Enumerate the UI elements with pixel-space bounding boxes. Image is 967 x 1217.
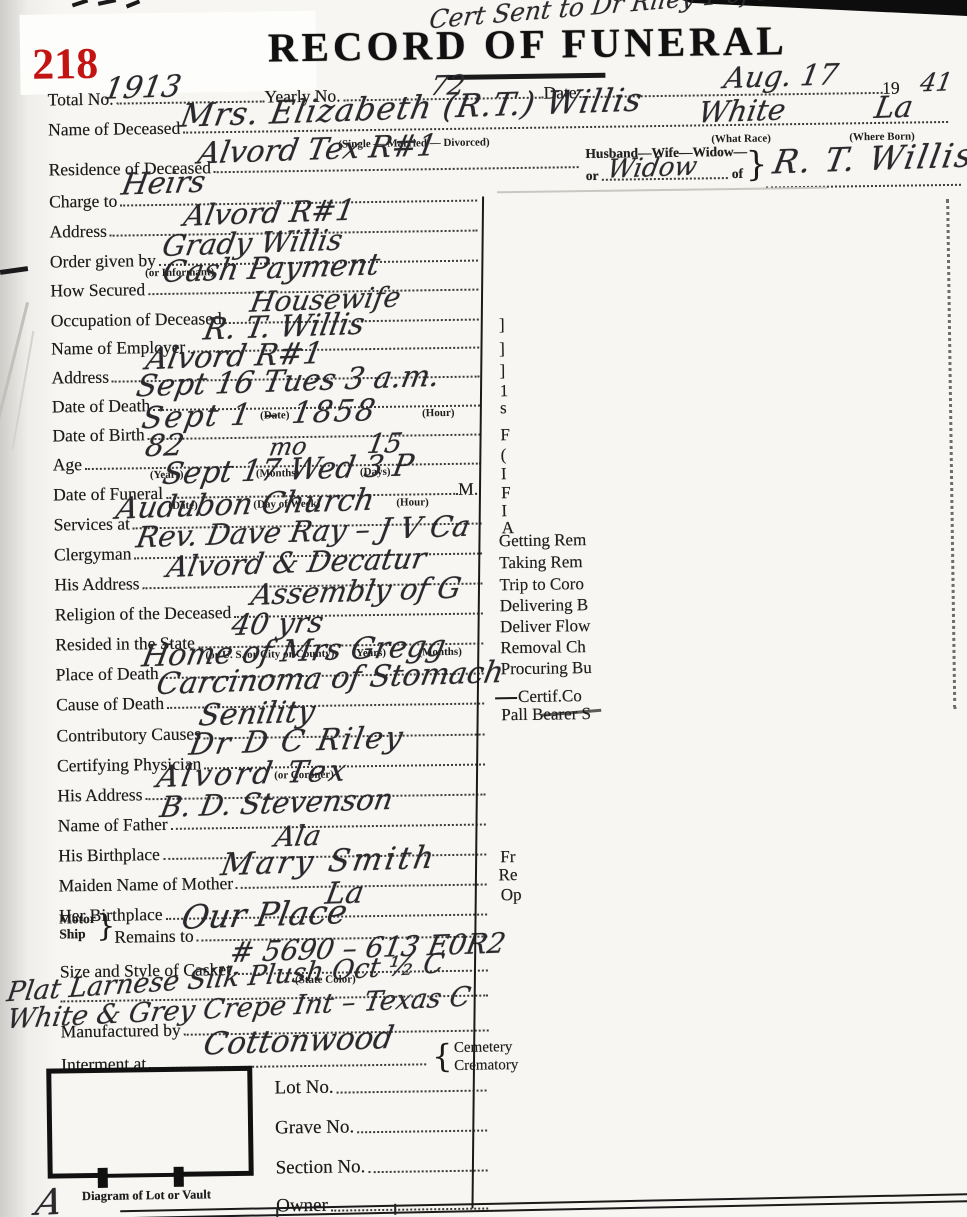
form-sheet: 218 Cert Sent to Dr Riley 1 of 2-41 RECO… xyxy=(0,0,967,1217)
letter-fragment: I xyxy=(501,465,507,482)
contributory-label: Contributory Causes xyxy=(56,722,204,746)
dotted-leader xyxy=(171,823,486,829)
year-hand-value: 41 xyxy=(918,67,955,97)
lot-no-label: Lot No. xyxy=(274,1077,336,1100)
diagram-leg xyxy=(98,1168,108,1188)
born-value: La xyxy=(872,90,916,127)
lot-vault-diagram xyxy=(46,1066,254,1179)
section-no-label: Section No. xyxy=(275,1156,368,1179)
remains-brace: } xyxy=(96,909,116,944)
cost-item-fragment: Deliver Flow xyxy=(500,617,590,635)
letter-fragment: ] xyxy=(499,340,505,357)
scanned-funeral-record: { "scan": { "page_number": "218", "top_a… xyxy=(0,0,967,1217)
manufactured-by-label: Manufactured by xyxy=(61,1019,184,1043)
clergyman-label: Clergyman xyxy=(54,542,135,565)
age-label: Age xyxy=(53,453,85,475)
diagram-leg xyxy=(174,1167,184,1187)
bottom-tick xyxy=(394,1204,396,1215)
grave-no-label: Grave No. xyxy=(275,1116,357,1139)
date-value: Aug. 17 xyxy=(721,57,840,95)
letter-fragment: F xyxy=(500,426,510,443)
relation-brace: } xyxy=(745,145,767,185)
cost-item-fragment: Trip to Coro xyxy=(499,575,584,593)
page-number: 218 xyxy=(32,38,99,90)
occupation-label: Occupation of Deceased xyxy=(51,307,225,331)
how-secured-label: How Secured xyxy=(50,278,148,301)
name-label: Name of Deceased xyxy=(48,117,183,141)
letter-fragment: Fr xyxy=(500,848,515,865)
fragment-dash xyxy=(495,697,517,699)
letter-fragment: s xyxy=(500,399,507,416)
charge-to-value: Heirs xyxy=(119,164,208,202)
relation-or-word: or xyxy=(586,169,599,183)
section-no-row: Section No. xyxy=(275,1153,487,1180)
grave-no-row: Grave No. xyxy=(275,1113,487,1140)
page-edge-dots xyxy=(946,199,956,709)
letter-fragment: Op xyxy=(501,886,522,903)
motor-word: Motor xyxy=(59,912,96,926)
relation-hand-value: Widow xyxy=(605,152,699,185)
his-address-label: His Address xyxy=(54,572,142,595)
interment-value: Cottonwood xyxy=(201,1020,397,1063)
cost-item-fragment: Delivering B xyxy=(500,596,589,614)
diagram-gap xyxy=(106,1167,174,1174)
race-value: White xyxy=(696,92,789,129)
date-of-funeral-m: M. xyxy=(458,478,481,500)
cost-item-fragment: Procuring Bu xyxy=(501,659,592,677)
address2-label: Address xyxy=(51,366,112,389)
cost-item-fragment: Certif.Co xyxy=(518,687,582,705)
letter-fragment: F xyxy=(501,484,511,501)
cause-of-death-label: Cause of Death xyxy=(56,692,167,716)
interment-brace: { xyxy=(432,1037,453,1075)
dotted-leader xyxy=(357,1130,487,1134)
his-address2-label: His Address xyxy=(57,783,145,806)
dotted-leader xyxy=(148,434,481,441)
letter-fragment: A xyxy=(502,519,515,536)
total-no-value: 1913 xyxy=(101,69,184,107)
overlay-sheet-edge xyxy=(497,187,827,194)
letter-fragment: 1 xyxy=(500,382,509,399)
letter-fragment: ] xyxy=(499,316,505,333)
dotted-leader xyxy=(337,1090,487,1094)
mother-label: Maiden Name of Mother xyxy=(59,872,237,896)
form-title: RECORD OF FUNERAL xyxy=(268,16,788,71)
order-given-by-label: Order given by xyxy=(50,249,159,273)
ship-word: Ship xyxy=(59,927,85,941)
remains-to-value: Our Place xyxy=(179,892,351,937)
religion-label: Religion of the Deceased xyxy=(55,601,235,626)
cemetery-word: Cemetery xyxy=(454,1040,513,1056)
father-label: Name of Father xyxy=(58,813,171,837)
bottom-flourish: A xyxy=(32,1182,65,1217)
letter-fragment: Re xyxy=(498,866,517,883)
father-birthplace-label: His Birthplace xyxy=(58,843,163,866)
cost-item-fragment: Removal Ch xyxy=(500,638,586,656)
diagram-caption: Diagram of Lot or Vault xyxy=(82,1188,211,1202)
charge-to-label: Charge to xyxy=(49,190,121,213)
dotted-leader xyxy=(766,170,961,189)
letter-fragment: ( xyxy=(501,446,507,463)
dotted-leader xyxy=(368,1170,487,1174)
relation-of-word: of xyxy=(732,167,743,181)
address-label: Address xyxy=(49,220,110,243)
cost-item-fragment: Taking Rem xyxy=(499,553,583,571)
letter-fragment: I xyxy=(501,502,507,519)
letter-fragment: ] xyxy=(499,362,505,379)
lot-no-row: Lot No. xyxy=(274,1073,486,1100)
date-of-birth-label: Date of Birth xyxy=(52,423,148,446)
bottom-tick xyxy=(276,1207,278,1217)
